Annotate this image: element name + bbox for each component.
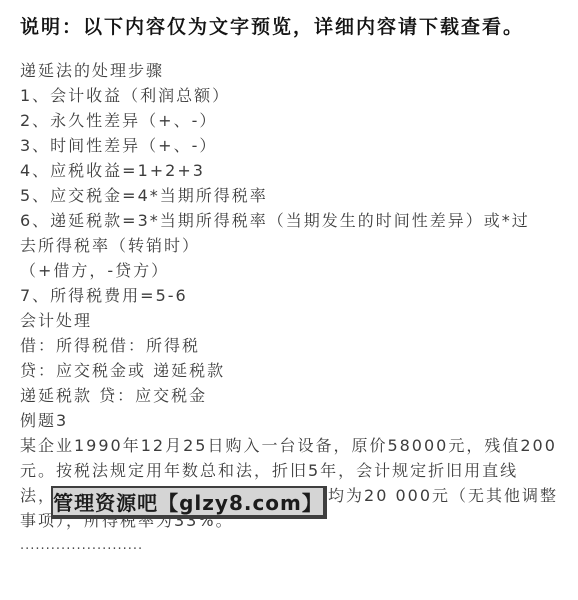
- text-line: 4、应税收益=1+2+3: [20, 158, 568, 183]
- text-line: 1、会计收益（利润总额）: [20, 83, 568, 108]
- text-line: 例题3: [20, 408, 568, 433]
- text-line: 5、应交税金=4*当期所得税率: [20, 183, 568, 208]
- text-line: 6、递延税款=3*当期所得税率（当期发生的时间性差异）或*过: [20, 208, 568, 233]
- document-preview-page: 说明：以下内容仅为文字预览，详细内容请下载查看。 递延法的处理步骤 1、会计收益…: [0, 0, 578, 600]
- text-line: 递延税款 贷：应交税金: [20, 383, 568, 408]
- text-line: 贷：应交税金或 递延税款: [20, 358, 568, 383]
- text-line: 2、永久性差异（+、-）: [20, 108, 568, 133]
- watermark-label: 管理资源吧【glzy8.com】: [53, 487, 323, 516]
- text-line: （+借方，-贷方）: [20, 258, 568, 283]
- watermark-badge: 管理资源吧【glzy8.com】: [51, 486, 327, 519]
- text-line: 递延法的处理步骤: [20, 58, 568, 83]
- text-line: 会计处理: [20, 308, 568, 333]
- ellipsis-line: ························: [20, 537, 568, 562]
- preview-notice-heading: 说明：以下内容仅为文字预览，详细内容请下载查看。: [20, 14, 524, 40]
- text-line: 去所得税率（转销时）: [20, 233, 568, 258]
- text-line: 7、所得税费用=5-6: [20, 283, 568, 308]
- covered-line-tail: 均为20 000元（无其他调整: [328, 486, 558, 505]
- text-line: 借：所得税借：所得税: [20, 333, 568, 358]
- text-line: 3、时间性差异（+、-）: [20, 133, 568, 158]
- text-line: 某企业1990年12月25日购入一台设备，原价58000元，残值200: [20, 433, 568, 458]
- text-line: 元。按税法规定用年数总和法，折旧5年，会计规定折旧用直线: [20, 458, 568, 483]
